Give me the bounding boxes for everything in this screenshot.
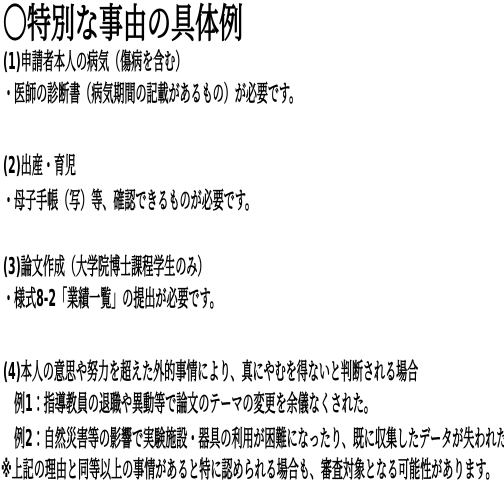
section3-detail: ・様式8-2「業績一覧」の提出が必要です。: [3, 288, 221, 311]
section4-heading: (4)本人の意思や努力を超えた外的事情により、真にやむを得ないと判断される場合: [3, 361, 418, 384]
section1-detail: ・医師の診断書（病気期間の記載があるもの）が必要です。: [3, 83, 300, 106]
notice-document: 〇特別な事由の具体例 (1)申請者本人の病気（傷病を含む） ・医師の診断書（病気…: [0, 0, 504, 504]
section2-heading: (2)出産・育児: [3, 155, 76, 178]
footnote: ※上記の理由と同等以上の事情があると特に認められる場合も、審査対象となる可能性が…: [1, 459, 497, 482]
section4-example-1: 例1：指導教員の退職や異動等で論文のテーマの変更を余儀なくされた。: [14, 393, 375, 416]
page-title: 〇特別な事由の具体例: [3, 4, 243, 44]
section4-example-2: 例2：自然災害等の影響で実験施設・器具の利用が困難になったり、既に収集したデータ…: [14, 428, 504, 451]
page: { "page": { "background_color": "#ffffff…: [0, 0, 504, 504]
section1-heading: (1)申請者本人の病気（傷病を含む）: [3, 51, 186, 74]
section3-heading: (3)論文作成（大学院博士課程学生のみ）: [3, 256, 208, 279]
section2-detail: ・母子手帳（写）等、確認できるものが必要です。: [3, 190, 256, 213]
